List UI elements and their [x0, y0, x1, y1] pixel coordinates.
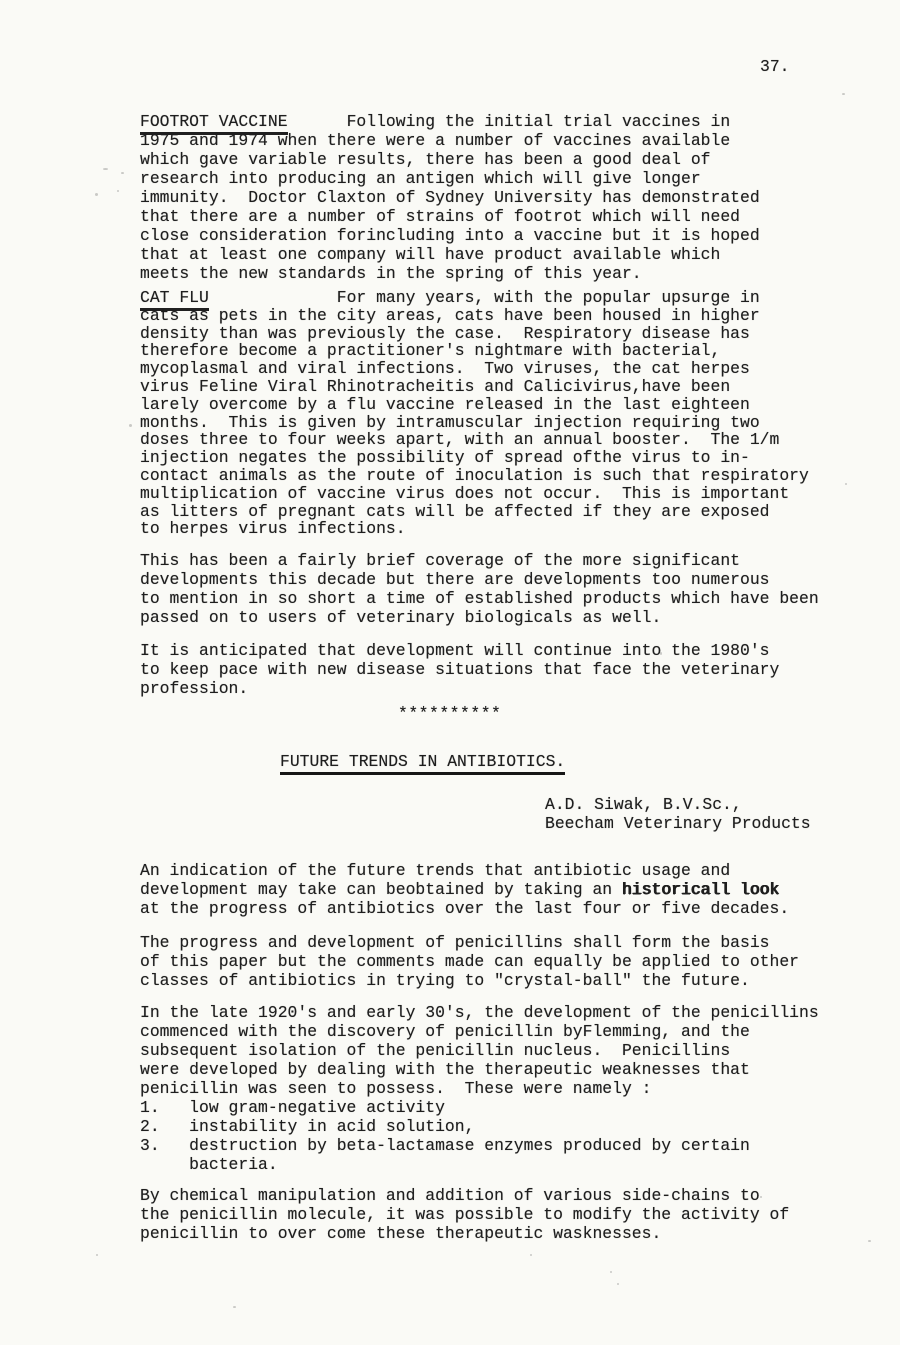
article-paragraph-2: The progress and development of penicill…	[140, 933, 799, 990]
weaknesses-list: 1. low gram-negative activity 2. instabi…	[140, 1098, 750, 1174]
doc-line: CAT FLU For many years, with the popular…	[140, 289, 809, 307]
author-block: A.D. Siwak, B.V.Sc., Beecham Veterinary …	[545, 795, 811, 833]
doc-line: developments this decade but there are d…	[140, 570, 819, 589]
doc-line: therefore become a practitioner's nightm…	[140, 342, 809, 360]
doc-line: close consideration forincluding into a …	[140, 226, 760, 245]
list-item-continuation: bacteria.	[140, 1155, 750, 1174]
scan-artifact	[760, 1196, 762, 1198]
scan-artifact	[610, 1271, 612, 1273]
doc-line: In the late 1920's and early 30's, the d…	[140, 1003, 819, 1022]
scan-artifact	[103, 168, 108, 170]
doc-line: larely overcome by a flu vaccine release…	[140, 396, 809, 414]
separator-asterisks: **********	[398, 704, 501, 723]
scan-artifact	[660, 652, 662, 655]
scan-artifact	[842, 93, 845, 95]
section-cat-flu: CAT FLU For many years, with the popular…	[140, 289, 809, 538]
article-paragraph-4: By chemical manipulation and addition of…	[140, 1186, 789, 1243]
list-item: 2. instability in acid solution,	[140, 1117, 750, 1136]
doc-line: of this paper but the comments made can …	[140, 952, 799, 971]
scan-artifact	[868, 1240, 871, 1242]
doc-line-text: development may take can beobtained by t…	[140, 880, 622, 899]
doc-line: that at least one company will have prod…	[140, 245, 760, 264]
doc-line: virus Feline Viral Rhinotracheitis and C…	[140, 378, 809, 396]
scan-artifact	[233, 1306, 236, 1308]
doc-line: cats as pets in the city areas, cats hav…	[140, 307, 809, 325]
doc-line: research into producing an antigen which…	[140, 169, 760, 188]
doc-line: as litters of pregnant cats will be affe…	[140, 503, 809, 521]
scanned-document-page: 37. FOOTROT VACCINE Following the initia…	[0, 0, 900, 1345]
doc-line: to mention in so short a time of establi…	[140, 589, 819, 608]
doc-line: profession.	[140, 679, 779, 698]
article-title: FUTURE TRENDS IN ANTIBIOTICS.	[280, 752, 565, 775]
doc-line: An indication of the future trends that …	[140, 861, 789, 880]
doc-line: penicillin was seen to possess. These we…	[140, 1079, 819, 1098]
doc-line: mycoplasmal and viral infections. Two vi…	[140, 360, 809, 378]
doc-line-text: For many years, with the popular upsurge…	[209, 288, 760, 307]
doc-line: The progress and development of penicill…	[140, 933, 799, 952]
scan-artifact	[129, 424, 132, 427]
scan-artifact	[530, 1254, 532, 1256]
doc-line: injection negates the possibility of spr…	[140, 449, 809, 467]
list-item: 3. destruction by beta-lactamase enzymes…	[140, 1136, 750, 1155]
doc-line: By chemical manipulation and addition of…	[140, 1186, 789, 1205]
author-affiliation: Beecham Veterinary Products	[545, 814, 811, 833]
page-number: 37.	[760, 57, 790, 76]
doc-line: the penicillin molecule, it was possible…	[140, 1205, 789, 1224]
doc-line: 1975 and 1974 when there were a number o…	[140, 131, 760, 150]
article-title-line: FUTURE TRENDS IN ANTIBIOTICS.	[280, 752, 565, 771]
overstruck-text: historicall look	[622, 880, 779, 899]
doc-line: classes of antibiotics in trying to "cry…	[140, 971, 799, 990]
article-paragraph-1: An indication of the future trends that …	[140, 861, 789, 918]
section-footrot-vaccine: FOOTROT VACCINE Following the initial tr…	[140, 112, 760, 283]
doc-line: FOOTROT VACCINE Following the initial tr…	[140, 112, 760, 131]
doc-line: immunity. Doctor Claxton of Sydney Unive…	[140, 188, 760, 207]
doc-line: subsequent isolation of the penicillin n…	[140, 1041, 819, 1060]
doc-line: contact animals as the route of inoculat…	[140, 467, 809, 485]
doc-line: to keep pace with new disease situations…	[140, 660, 779, 679]
doc-line: to herpes virus infections.	[140, 520, 809, 538]
doc-line: commenced with the discovery of penicill…	[140, 1022, 819, 1041]
doc-line: density than was previously the case. Re…	[140, 325, 809, 343]
paragraph-closing: This has been a fairly brief coverage of…	[140, 551, 819, 627]
doc-line-text: Following the initial trial vaccines in	[288, 112, 731, 131]
doc-line: were developed by dealing with the thera…	[140, 1060, 819, 1079]
list-item: 1. low gram-negative activity	[140, 1098, 750, 1117]
doc-line: multiplication of vaccine virus does not…	[140, 485, 809, 503]
paragraph-outlook: It is anticipated that development will …	[140, 641, 779, 698]
doc-line: It is anticipated that development will …	[140, 641, 779, 660]
doc-line: development may take can beobtained by t…	[140, 880, 789, 899]
scan-artifact	[96, 1254, 98, 1256]
doc-line: which gave variable results, there has b…	[140, 150, 760, 169]
scan-artifact	[121, 172, 124, 174]
doc-line: at the progress of antibiotics over the …	[140, 899, 789, 918]
doc-line: meets the new standards in the spring of…	[140, 264, 760, 283]
doc-line: that there are a number of strains of fo…	[140, 207, 760, 226]
doc-line: passed on to users of veterinary biologi…	[140, 608, 819, 627]
scan-artifact	[845, 483, 847, 485]
scan-artifact	[617, 1283, 619, 1285]
article-paragraph-3: In the late 1920's and early 30's, the d…	[140, 1003, 819, 1098]
scan-artifact	[95, 193, 98, 196]
author-name: A.D. Siwak, B.V.Sc.,	[545, 795, 811, 814]
scan-artifact	[117, 190, 119, 192]
doc-line: months. This is given by intramuscular i…	[140, 414, 809, 432]
doc-line: penicillin to over come these therapeuti…	[140, 1224, 789, 1243]
doc-line: doses three to four weeks apart, with an…	[140, 431, 809, 449]
doc-line: This has been a fairly brief coverage of…	[140, 551, 819, 570]
